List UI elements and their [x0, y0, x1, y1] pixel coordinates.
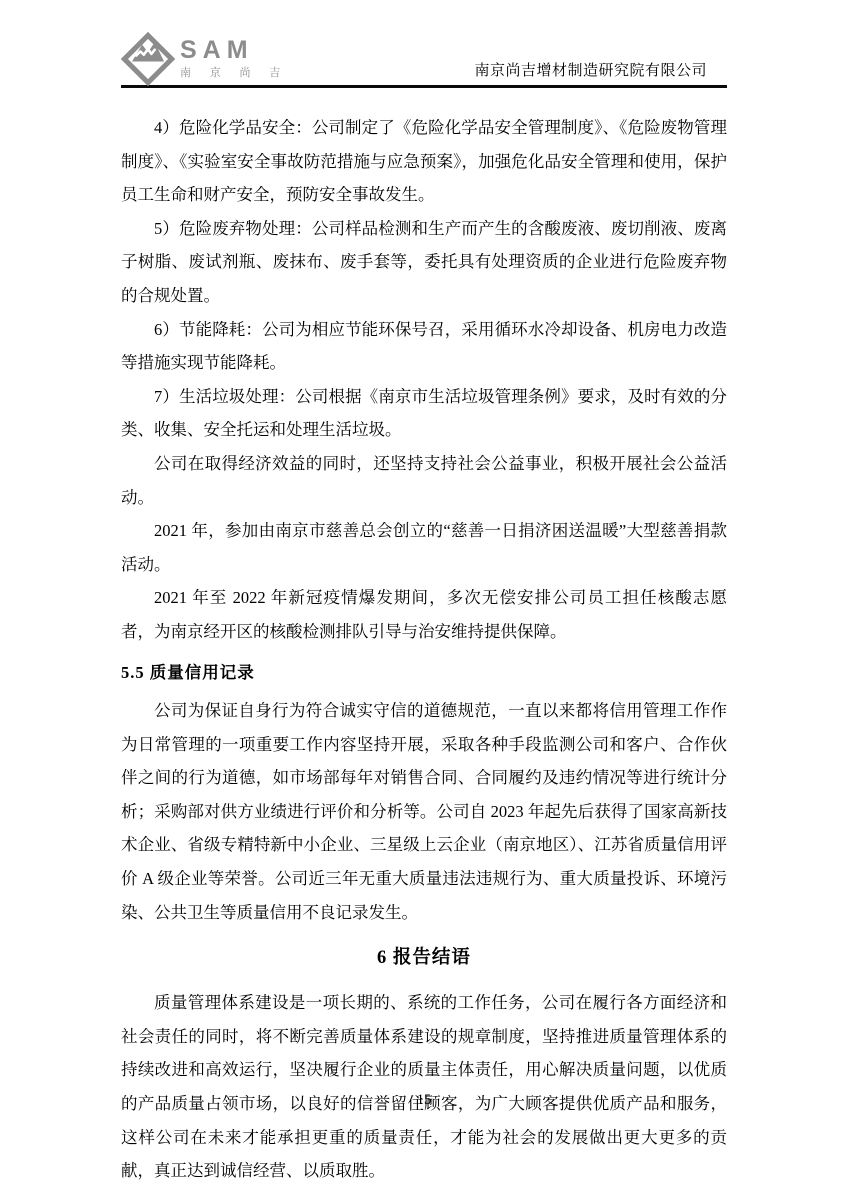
body-paragraph: 5）危险废弃物处理：公司样品检测和生产而产生的含酸废液、废切削液、废离子树脂、废…	[121, 212, 727, 313]
section-heading-conclusion: 6 报告结语	[121, 941, 727, 975]
page-content: SAM 南 京 尚 吉 南京尚吉增材制造研究院有限公司 4）危险化学品安全：公司…	[121, 0, 727, 1188]
body-paragraph: 2021 年，参加由南京市慈善总会创立的“慈善一日捐济困送温暖”大型慈善捐款活动…	[121, 514, 727, 581]
document-page: SAM 南 京 尚 吉 南京尚吉增材制造研究院有限公司 4）危险化学品安全：公司…	[0, 0, 848, 1200]
page-number: 15	[0, 1092, 848, 1109]
logo-brand-text: SAM	[180, 41, 288, 60]
quality-credit-paragraph: 公司为保证自身行为符合诚实守信的道德规范，一直以来都将信用管理工作作为日常管理的…	[121, 694, 727, 929]
body-paragraph: 公司在取得经济效益的同时，还坚持支持社会公益事业，积极开展社会公益活动。	[121, 447, 727, 514]
section-heading-quality-credit: 5.5 质量信用记录	[121, 656, 727, 690]
diamond-mountain-logo-icon	[121, 32, 175, 86]
conclusion-paragraph: 质量管理体系建设是一项长期的、系统的工作任务，公司在履行各方面经济和社会责任的同…	[121, 986, 727, 1188]
company-name: 南京尚吉增材制造研究院有限公司	[474, 59, 727, 85]
body-paragraph: 4）危险化学品安全：公司制定了《危险化学品安全管理制度》、《危险废物管理制度》、…	[121, 111, 727, 212]
logo-subtext: 南 京 尚 吉	[180, 64, 288, 80]
body-paragraph: 7）生活垃圾处理：公司根据《南京市生活垃圾管理条例》要求，及时有效的分类、收集、…	[121, 380, 727, 447]
body-text: 4）危险化学品安全：公司制定了《危险化学品安全管理制度》、《危险废物管理制度》、…	[121, 111, 727, 1188]
body-paragraph: 6）节能降耗：公司为相应节能环保号召，采用循环水冷却设备、机房电力改造等措施实现…	[121, 313, 727, 380]
body-paragraph: 2021 年至 2022 年新冠疫情爆发期间，多次无偿安排公司员工担任核酸志愿者…	[121, 581, 727, 648]
logo-text-block: SAM 南 京 尚 吉	[180, 41, 288, 85]
company-logo: SAM 南 京 尚 吉	[121, 32, 288, 85]
page-header: SAM 南 京 尚 吉 南京尚吉增材制造研究院有限公司	[121, 28, 727, 88]
